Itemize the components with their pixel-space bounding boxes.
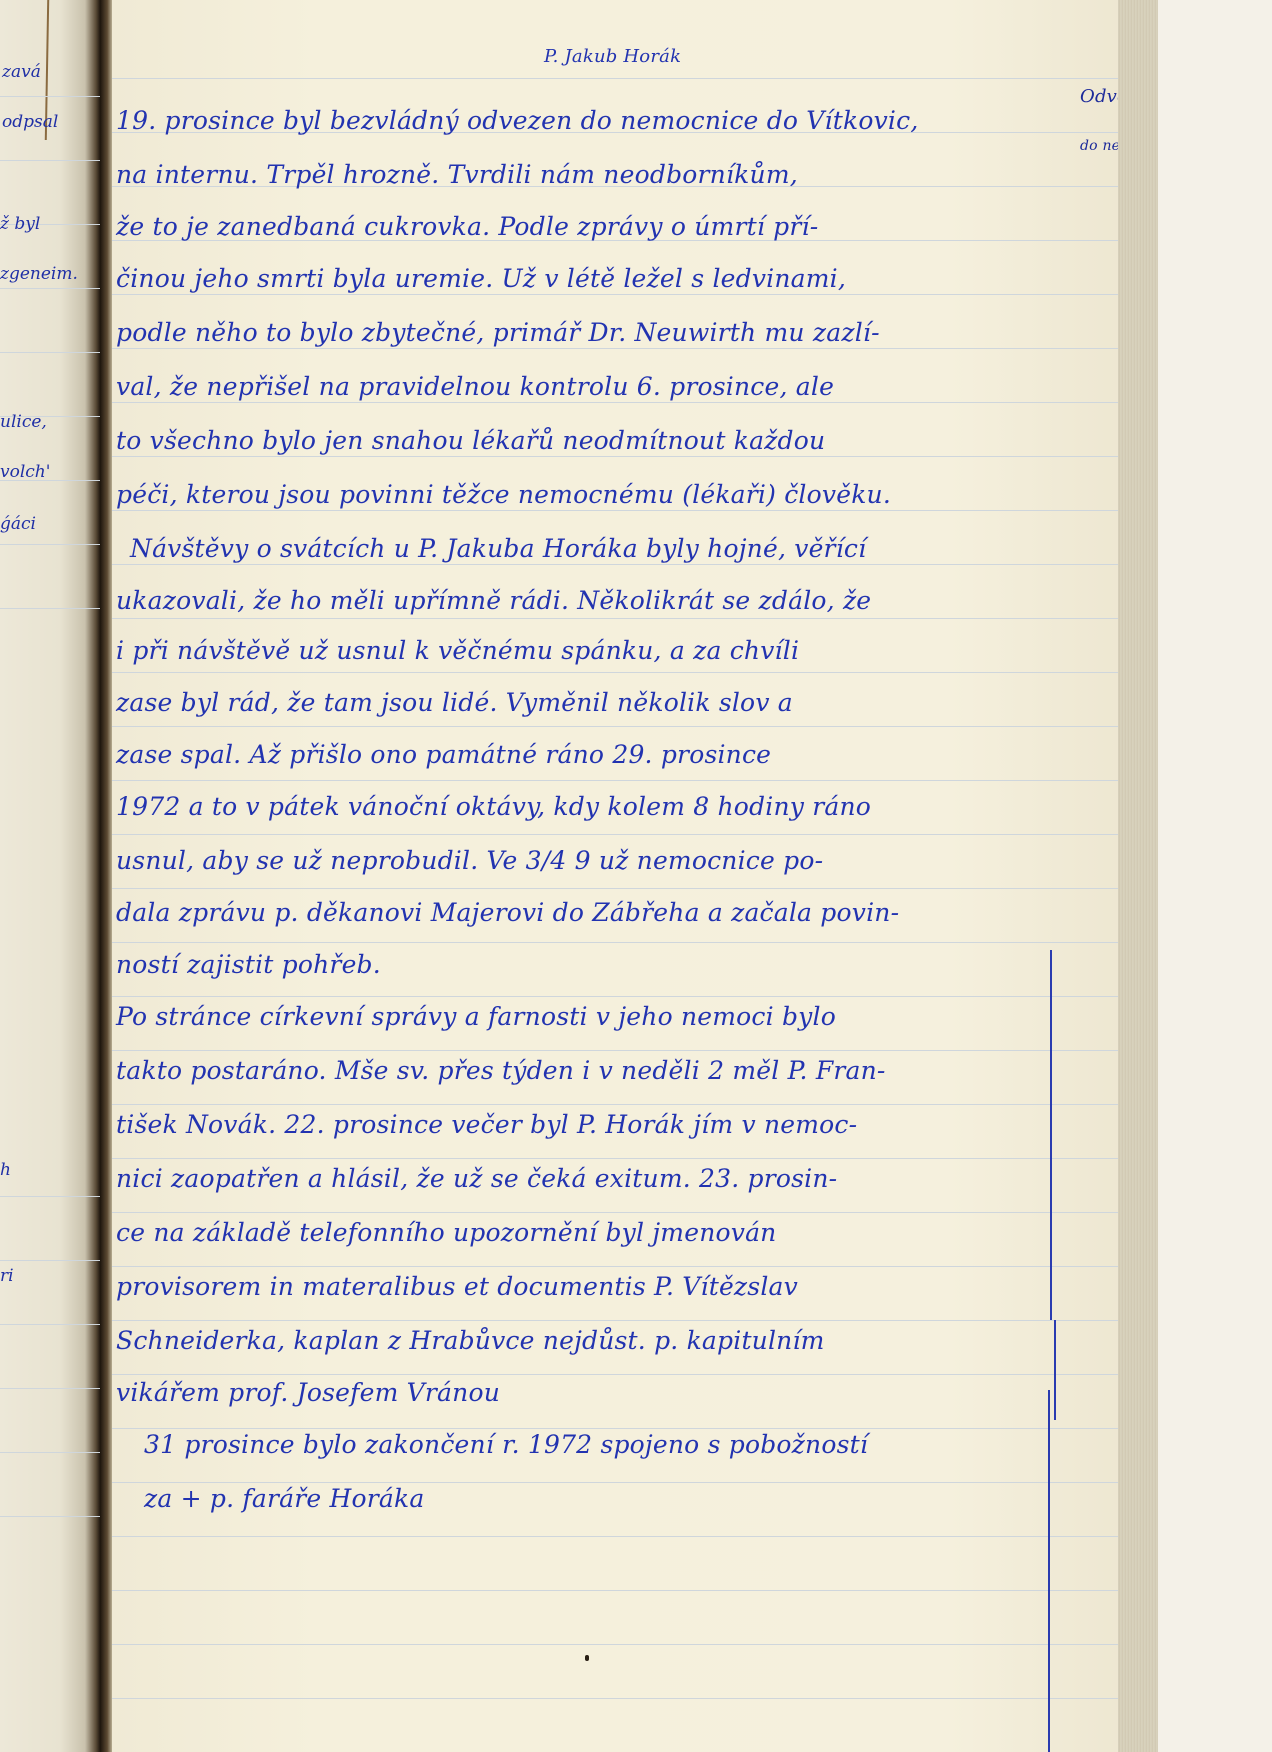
text-line: 1972 a to v pátek vánoční oktávy, kdy ko… [116,792,871,821]
text-line: val, že nepřišel na pravidelnou kontrolu… [116,372,834,401]
ruling-line [0,1388,100,1389]
text-line: dala zprávu p. děkanovi Majerovi do Zábř… [116,898,899,927]
ruling-line [0,1260,100,1261]
ruling-line [112,1266,1158,1267]
ruling-line [112,348,1158,349]
text-line: tišek Novák. 22. prosince večer byl P. H… [116,1110,857,1139]
text-line: 31 prosince bylo zakončení r. 1972 spoje… [144,1430,868,1459]
text-line: i při návštěvě už usnul k věčnému spánku… [116,636,799,665]
ruling-line [0,352,100,353]
ruling-line [112,834,1158,835]
ruling-line [112,294,1158,295]
ruling-line [112,510,1158,511]
ruling-line [112,1050,1158,1051]
text-line: nici zaopatřen a hlásil, že už se čeká e… [116,1164,837,1193]
left-page-text: ri [0,1266,14,1286]
ruling-line [112,564,1158,565]
text-line: zase spal. Až přišlo ono památné ráno 29… [116,740,771,769]
ruling-line [0,96,100,97]
text-line: ce na základě telefonního upozornění byl… [116,1218,776,1247]
ruling-line [0,1452,100,1453]
text-line: 19. prosince byl bezvládný odvezen do ne… [116,106,918,135]
left-page-text: ulice, [0,412,47,432]
insertion-annotation: P. Jakub Horák [544,46,681,67]
ruling-line [112,1482,1158,1483]
text-line: činou jeho smrti byla uremie. Už v létě … [116,264,846,293]
ruling-line [112,942,1158,943]
ruling-line [112,78,1158,79]
ruling-line [112,726,1158,727]
text-line: Návštěvy o svátcích u P. Jakuba Horáka b… [130,534,866,563]
book-gutter [100,0,112,1752]
text-line: podle něho to bylo zbytečné, primář Dr. … [116,318,880,347]
text-line: takto postaráno. Mše sv. přes týden i v … [116,1056,886,1085]
hand-drawn-margin-rule [1050,950,1052,1320]
ruling-line [0,160,100,161]
text-line: péči, kterou jsou povinni těžce nemocném… [116,480,891,509]
scan-background [1158,0,1272,1752]
main-page: P. Jakub Horák Odvez do nemocnice 19. pr… [112,0,1158,1752]
ruling-line [112,1374,1158,1375]
ruling-line [112,672,1158,673]
text-line: že to je zanedbaná cukrovka. Podle zpráv… [116,212,818,241]
ruling-line [112,1428,1158,1429]
text-line: zase byl rád, že tam jsou lidé. Vyměnil … [116,688,793,717]
ruling-line [0,1516,100,1517]
text-line: ností zajistit pohřeb. [116,950,381,979]
ruling-line [112,1590,1158,1591]
ruling-line [0,288,100,289]
scanned-document: zavá odpsal ž byl zgeneim. ulice, volch'… [0,0,1272,1752]
left-page-text: h [0,1160,11,1180]
left-page-text: zavá [2,62,41,82]
ruling-line [112,402,1158,403]
text-line: za + p. faráře Horáka [144,1484,424,1513]
left-page-text: ǵáci [0,514,36,534]
ruling-line [112,1104,1158,1105]
text-line: usnul, aby se už neprobudil. Ve 3/4 9 už… [116,846,823,875]
text-line: vikářem prof. Josefem Vránou [116,1378,500,1407]
ruling-line [112,618,1158,619]
text-line: provisorem in materalibus et documentis … [116,1272,798,1301]
left-page-text: odpsal [2,112,58,132]
hand-drawn-margin-rule [1048,1390,1050,1752]
ruling-line [112,1158,1158,1159]
ruling-line [112,1536,1158,1537]
left-page-text: zgeneim. [0,264,78,284]
ruling-line [0,1324,100,1325]
ruling-line [112,1212,1158,1213]
ruling-line [112,1644,1158,1645]
left-page-text: ž byl [0,214,40,234]
ruling-line [112,888,1158,889]
ruling-line [0,544,100,545]
text-line: ukazovali, že ho měli upřímně rádi. Něko… [116,586,871,615]
ruling-line [0,1196,100,1197]
previous-page-strip: zavá odpsal ž byl zgeneim. ulice, volch'… [0,0,100,1752]
ruling-line [112,1698,1158,1699]
ink-speck [585,1655,589,1661]
hand-drawn-margin-rule [1054,1320,1056,1420]
text-line: to všechno bylo jen snahou lékařů neodmí… [116,426,825,455]
text-line: Po stránce církevní správy a farnosti v … [116,1002,836,1031]
text-line: Schneiderka, kaplan z Hrabůvce nejdůst. … [116,1326,825,1355]
left-page-text: volch' [0,462,50,482]
text-line: na internu. Trpěl hrozně. Tvrdili nám ne… [116,160,798,189]
ruling-line [112,456,1158,457]
ruling-line [112,1320,1158,1321]
ruling-line [112,780,1158,781]
page-stack-edge [1118,0,1158,1752]
ruling-line [0,608,100,609]
ruling-line [112,996,1158,997]
